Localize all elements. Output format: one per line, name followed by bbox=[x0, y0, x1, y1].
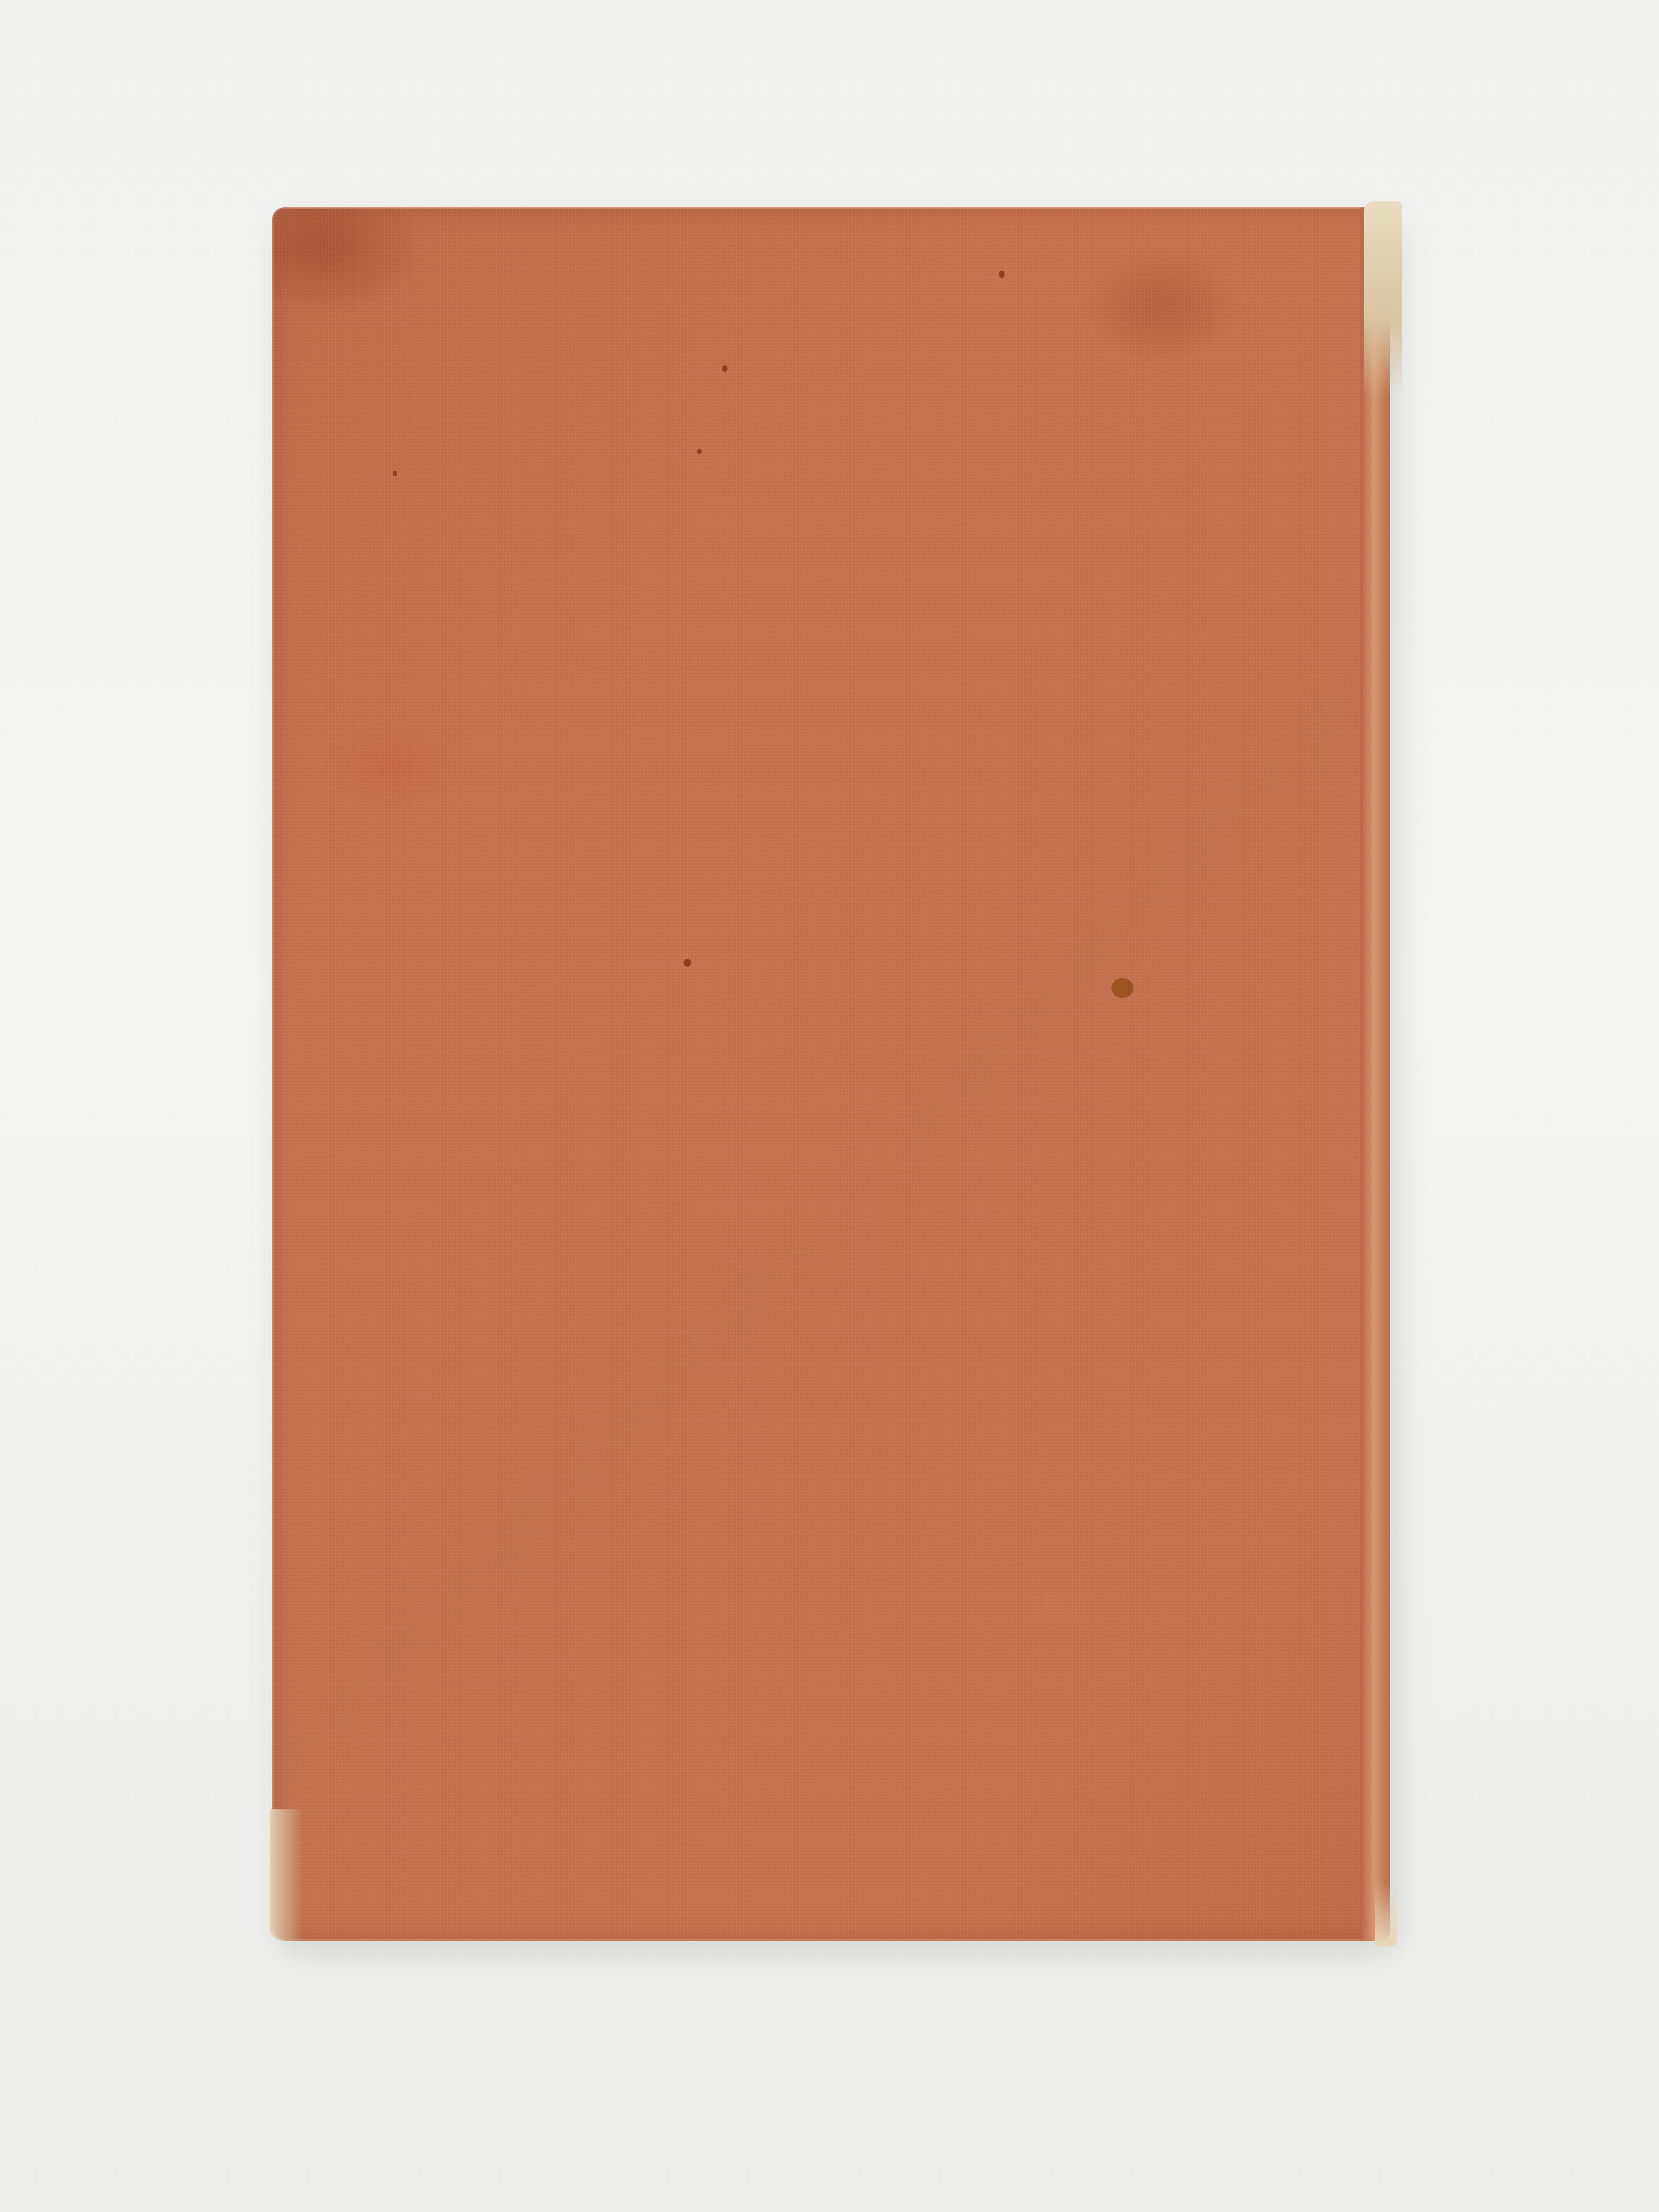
book-back-cover bbox=[272, 207, 1387, 1941]
corner-wear-bottom-left bbox=[270, 1809, 303, 1941]
frayed-spine-bottom bbox=[1375, 1881, 1397, 1946]
spine-edge bbox=[1361, 207, 1390, 1941]
stain-spot bbox=[697, 449, 702, 454]
stain-spot bbox=[1111, 978, 1133, 998]
stain-spot bbox=[393, 471, 397, 476]
stain-spot bbox=[684, 959, 691, 967]
stain-spot bbox=[722, 365, 727, 372]
photo-scene bbox=[0, 0, 1659, 2212]
frayed-spine-top bbox=[1364, 201, 1402, 398]
stain-spot bbox=[999, 270, 1005, 278]
cloth-texture bbox=[272, 207, 1387, 1941]
